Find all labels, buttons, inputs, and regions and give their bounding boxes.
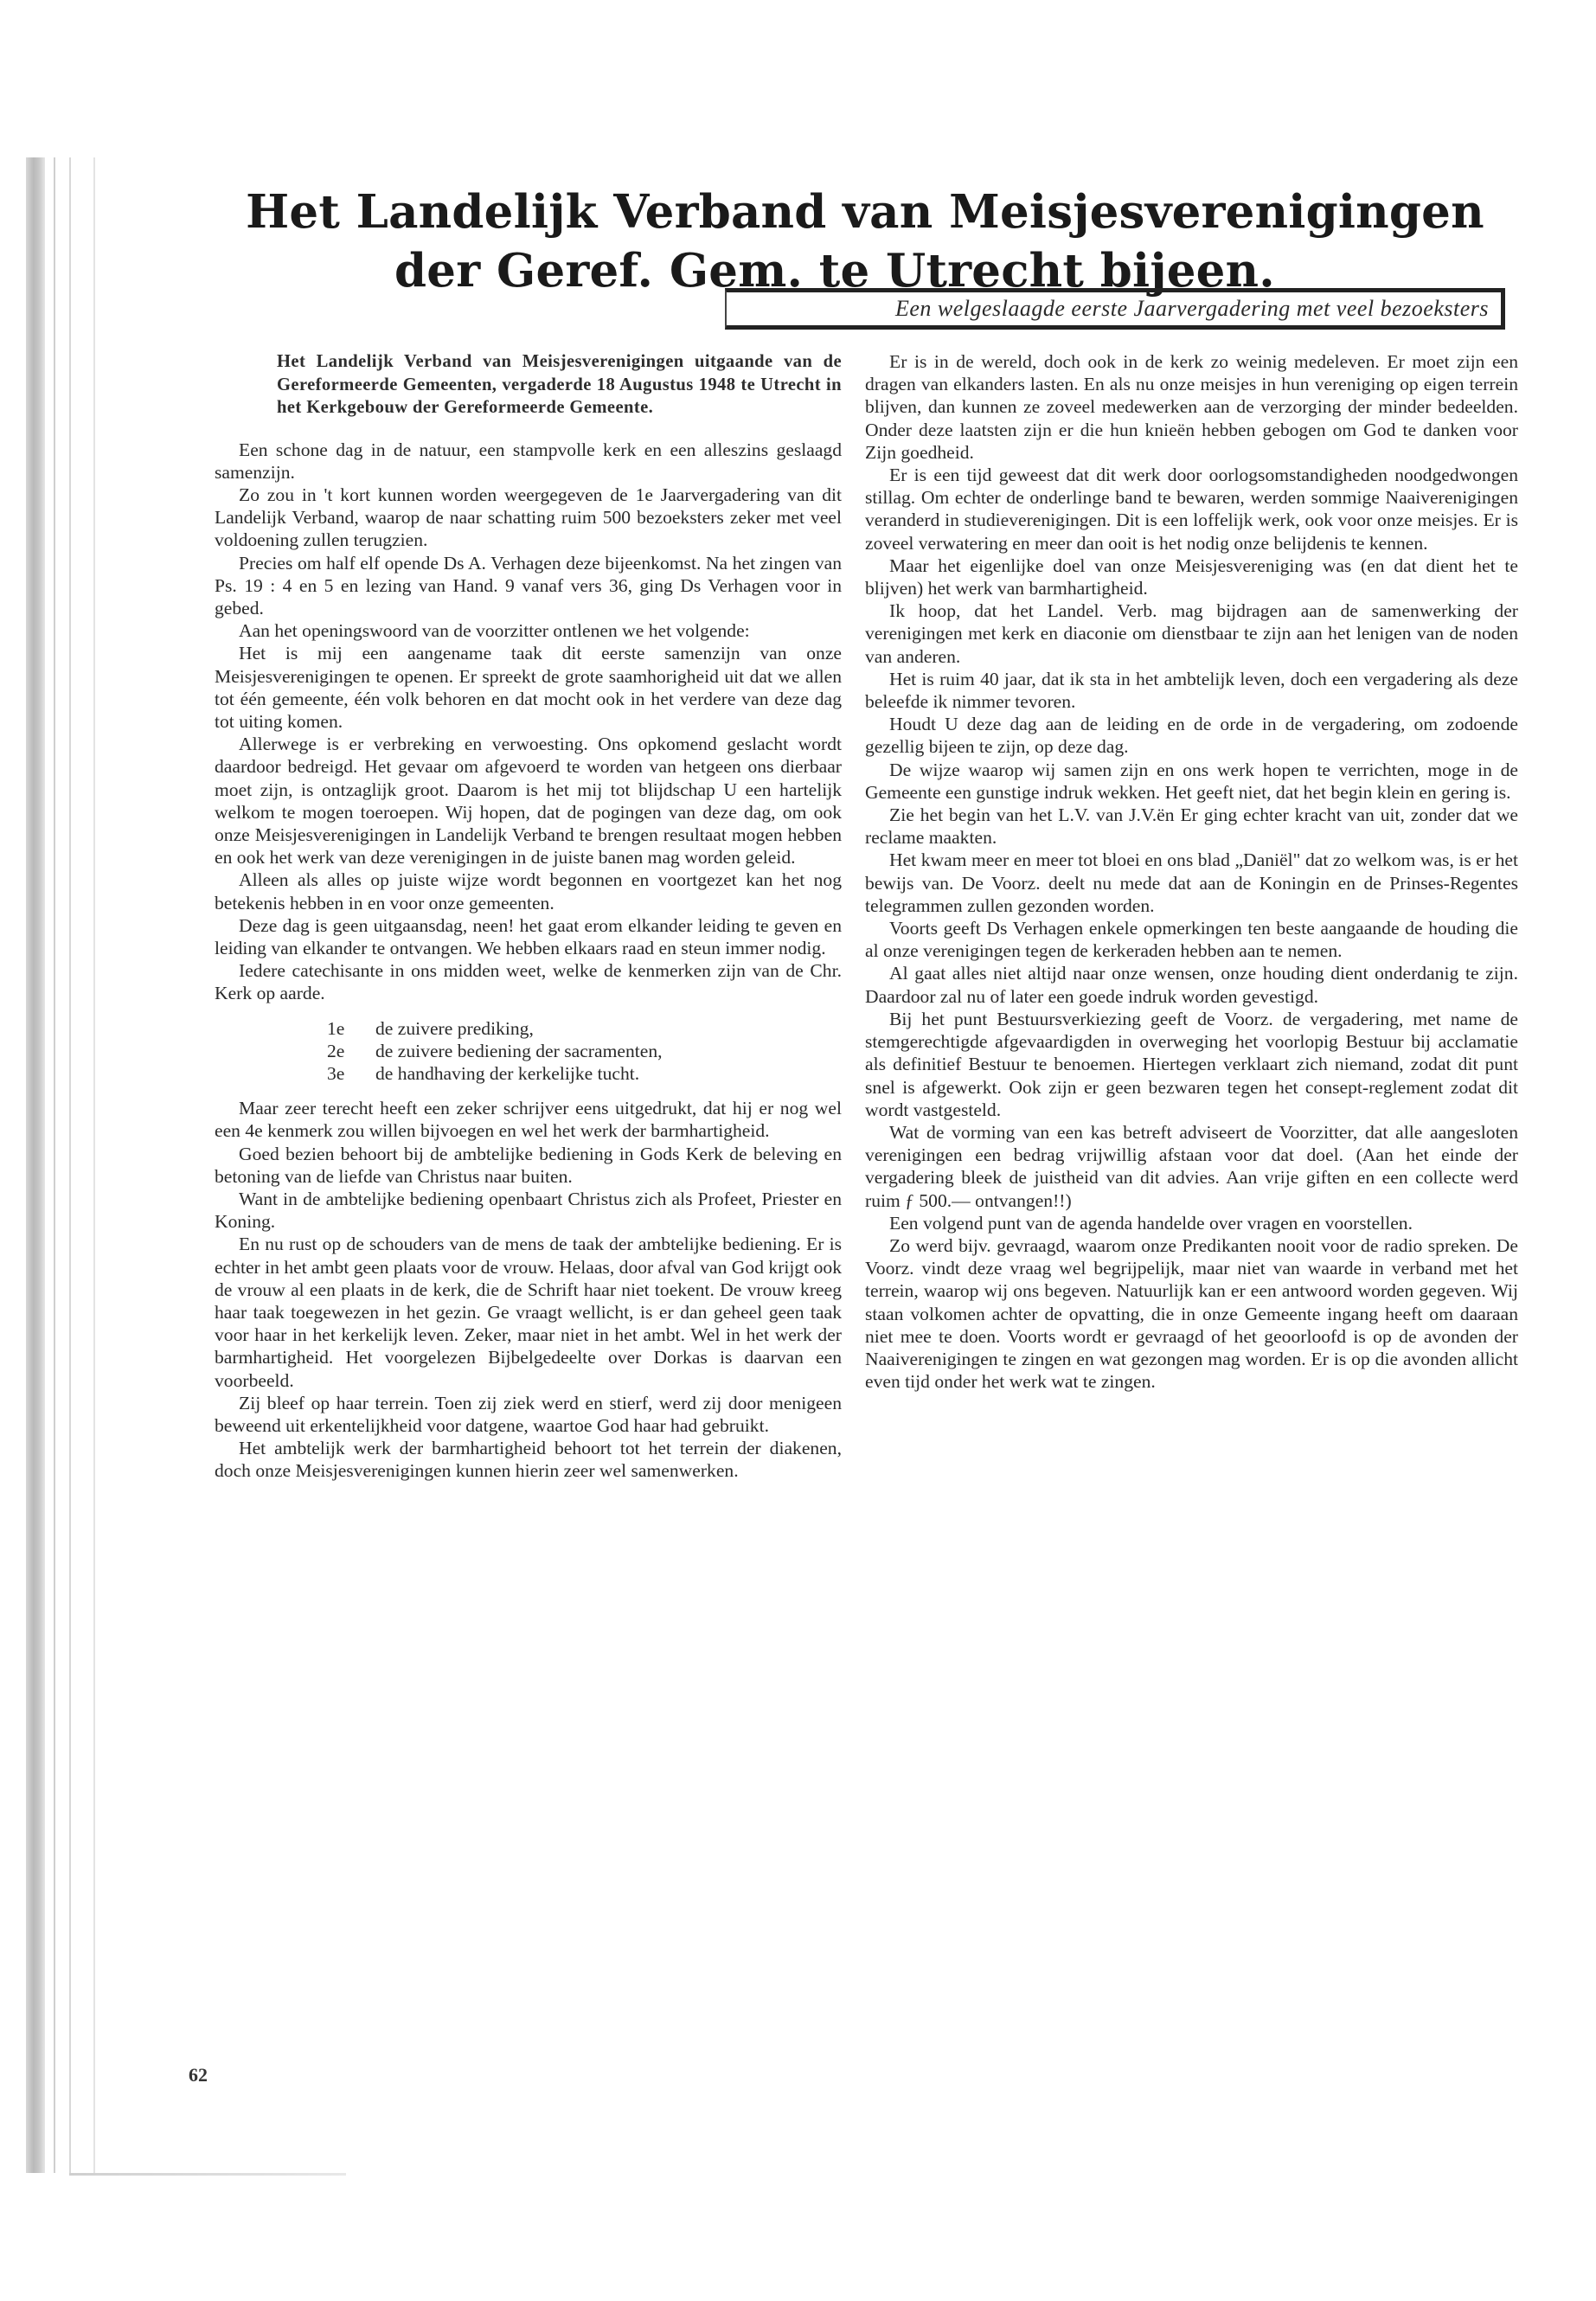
paragraph: Een schone dag in de natuur, een stampvo… (215, 439, 842, 484)
paragraph: Zie het begin van het L.V. van J.V.ën Er… (865, 804, 1518, 849)
paragraph: Ik hoop, dat het Landel. Verb. mag bijdr… (865, 599, 1518, 668)
binding-shadow (26, 157, 45, 2173)
article-lead: Het Landelijk Verband van Meisjesverenig… (277, 350, 842, 420)
paragraph: En nu rust op de schouders van de mens d… (215, 1233, 842, 1391)
paragraph: Alleen als alles op juiste wijze wordt b… (215, 868, 842, 913)
paragraph: Er is in de wereld, doch ook in de kerk … (865, 350, 1518, 464)
paragraph: Een volgend punt van de agenda handelde … (865, 1212, 1518, 1234)
paragraph: Het is mij een aangename taak dit eerste… (215, 642, 842, 733)
binding-line (93, 157, 95, 2173)
list-item-text: de zuivere bediening der sacramenten, (375, 1040, 663, 1062)
paragraph: Al gaat alles niet altijd naar onze wens… (865, 962, 1518, 1007)
article-subtitle: Een welgeslaagde eerste Jaarvergadering … (895, 296, 1489, 322)
paragraph: Wat de vorming van een kas betreft advis… (865, 1121, 1518, 1212)
paragraph: Voorts geeft Ds Verhagen enkele opmerkin… (865, 917, 1518, 962)
paragraph: Precies om half elf opende Ds A. Verhage… (215, 552, 842, 620)
article-headline: Het Landelijk Verband van Meisjesverenig… (242, 183, 1488, 300)
list-item-number: 2e (327, 1040, 358, 1062)
paragraph: Bij het punt Bestuursverkiezing geeft de… (865, 1008, 1518, 1121)
paragraph: Zij bleef op haar terrein. Toen zij ziek… (215, 1392, 842, 1437)
paragraph: Zo zou in 't kort kunnen worden weergege… (215, 484, 842, 552)
paragraph: Aan het openingswoord van de voorzitter … (215, 619, 842, 642)
paragraph: Maar het eigenlijke doel van onze Meisje… (865, 554, 1518, 599)
list-item: 1e de zuivere prediking, (327, 1017, 842, 1040)
paragraph: Het ambtelijk werk der barmhartigheid be… (215, 1437, 842, 1482)
right-column: Er is in de wereld, doch ook in de kerk … (865, 350, 1518, 1393)
paragraph: Maar zeer terecht heeft een zeker schrij… (215, 1097, 842, 1142)
list-item-number: 3e (327, 1062, 358, 1085)
paragraph: Want in de ambtelijke bediening openbaar… (215, 1188, 842, 1233)
list-item-number: 1e (327, 1017, 358, 1040)
page-number: 62 (189, 2064, 208, 2086)
paragraph: Houdt U deze dag aan de leiding en de or… (865, 713, 1518, 758)
paragraph: Goed bezien behoort bij de ambtelijke be… (215, 1143, 842, 1188)
paragraph: Het kwam meer en meer tot bloei en ons b… (865, 849, 1518, 917)
paragraph: Deze dag is geen uitgaansdag, neen! het … (215, 914, 842, 959)
list-item-text: de handhaving der kerkelijke tucht. (375, 1062, 639, 1085)
paragraph: Zo werd bijv. gevraagd, waarom onze Pred… (865, 1234, 1518, 1393)
church-marks-list: 1e de zuivere prediking, 2e de zuivere b… (327, 1017, 842, 1086)
list-item: 2e de zuivere bediening der sacramenten, (327, 1040, 842, 1062)
page-edge (69, 2173, 346, 2176)
left-column: Het Landelijk Verband van Meisjesverenig… (215, 350, 842, 1483)
binding-line (69, 157, 71, 2173)
subtitle-box: Een welgeslaagde eerste Jaarvergadering … (725, 288, 1505, 330)
paragraph: De wijze waarop wij samen zijn en ons we… (865, 759, 1518, 804)
binding-line (54, 157, 55, 2173)
list-item: 3e de handhaving der kerkelijke tucht. (327, 1062, 842, 1085)
paragraph: Er is een tijd geweest dat dit werk door… (865, 464, 1518, 554)
headline-line-1: Het Landelijk Verband van Meisjesverenig… (242, 183, 1488, 241)
paragraph: Het is ruim 40 jaar, dat ik sta in het a… (865, 668, 1518, 713)
list-item-text: de zuivere prediking, (375, 1017, 534, 1040)
paragraph: Allerwege is er verbreking en verwoestin… (215, 733, 842, 868)
paragraph: Iedere catechisante in ons midden weet, … (215, 959, 842, 1004)
